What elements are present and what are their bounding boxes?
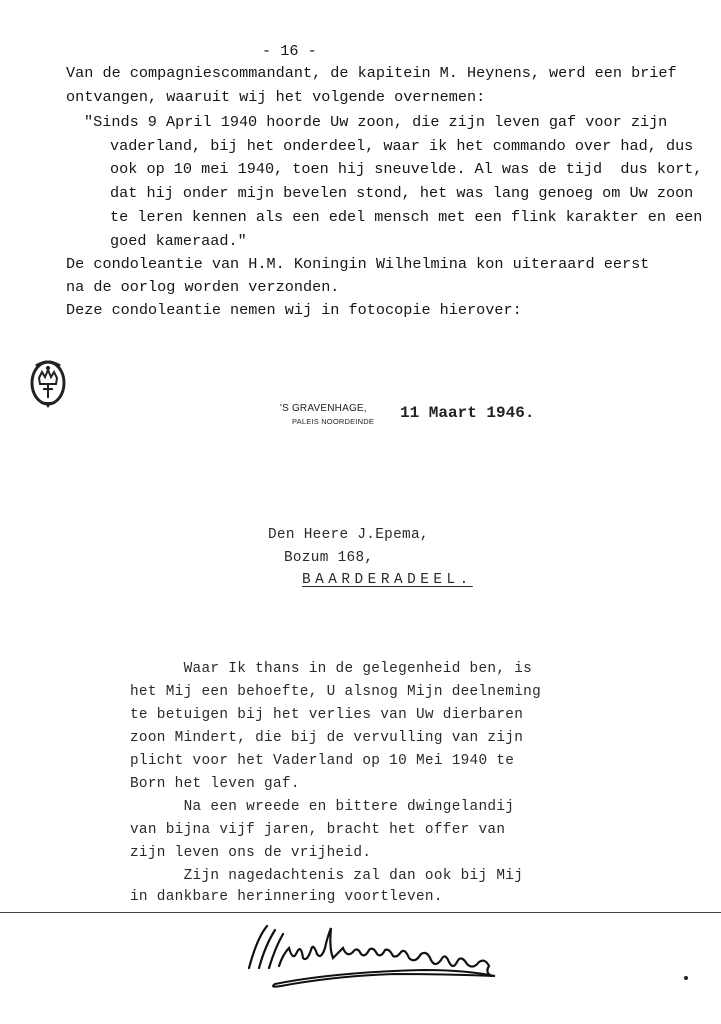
outro-line-1: De condoleantie van H.M. Koningin Wilhel… [66,255,649,273]
letter-body-line: zijn leven ons de vrijheid. [130,844,371,862]
letter-body-line: Waar Ik thans in de gelegenheid ben, is [130,660,532,678]
letter-body-line: te betuigen bij het verlies van Uw dierb… [130,706,523,724]
quote-line-5: te leren kennen als een edel mensch met … [110,208,702,226]
letter-body-line: van bijna vijf jaren, bracht het offer v… [130,821,505,839]
royal-crest-icon [28,356,68,410]
quote-line-4: dat hij onder mijn bevelen stond, het wa… [110,184,693,202]
outro-line-2: na de oorlog worden verzonden. [66,278,339,296]
quote-line-1: "Sinds 9 April 1940 hoorde Uw zoon, die … [84,113,667,131]
page-number: - 16 - [262,42,317,60]
letter-date: 11 Maart 1946. [400,404,534,422]
letter-body-line: Na een wreede en bittere dwingelandij [130,798,514,816]
letter-body-line: zoon Mindert, die bij de vervulling van … [130,729,523,747]
letter-body-line: het Mij een behoefte, U alsnog Mijn deel… [130,683,541,701]
horizontal-divider [0,912,721,913]
address-line-2: Bozum 168, [284,549,373,567]
quote-line-3: ook op 10 mei 1940, toen hij sneuvelde. … [110,160,702,178]
signature [245,918,555,990]
quote-line-2: vaderland, bij het onderdeel, waar ik he… [110,137,693,155]
address-line-3: BAARDERADEEL. [302,571,473,589]
outro-line-3: Deze condoleantie nemen wij in fotocopie… [66,301,522,319]
letterhead-place: 'S GRAVENHAGE, [280,403,367,414]
ink-mark [684,976,688,980]
letter-body-line: Zijn nagedachtenis zal dan ook bij Mij [130,867,523,885]
letter-body-line: in dankbare herinnering voortleven. [130,888,443,906]
letterhead-palace: PALEIS NOORDEINDE [292,417,374,426]
letter-body-line: plicht voor het Vaderland op 10 Mei 1940… [130,752,514,770]
intro-line-1: Van de compagniescommandant, de kapitein… [66,64,677,82]
address-line-1: Den Heere J.Epema, [268,526,429,544]
letter-body-line: Born het leven gaf. [130,775,300,793]
quote-line-6: goed kameraad." [110,232,247,250]
intro-line-2: ontvangen, waaruit wij het volgende over… [66,88,485,106]
